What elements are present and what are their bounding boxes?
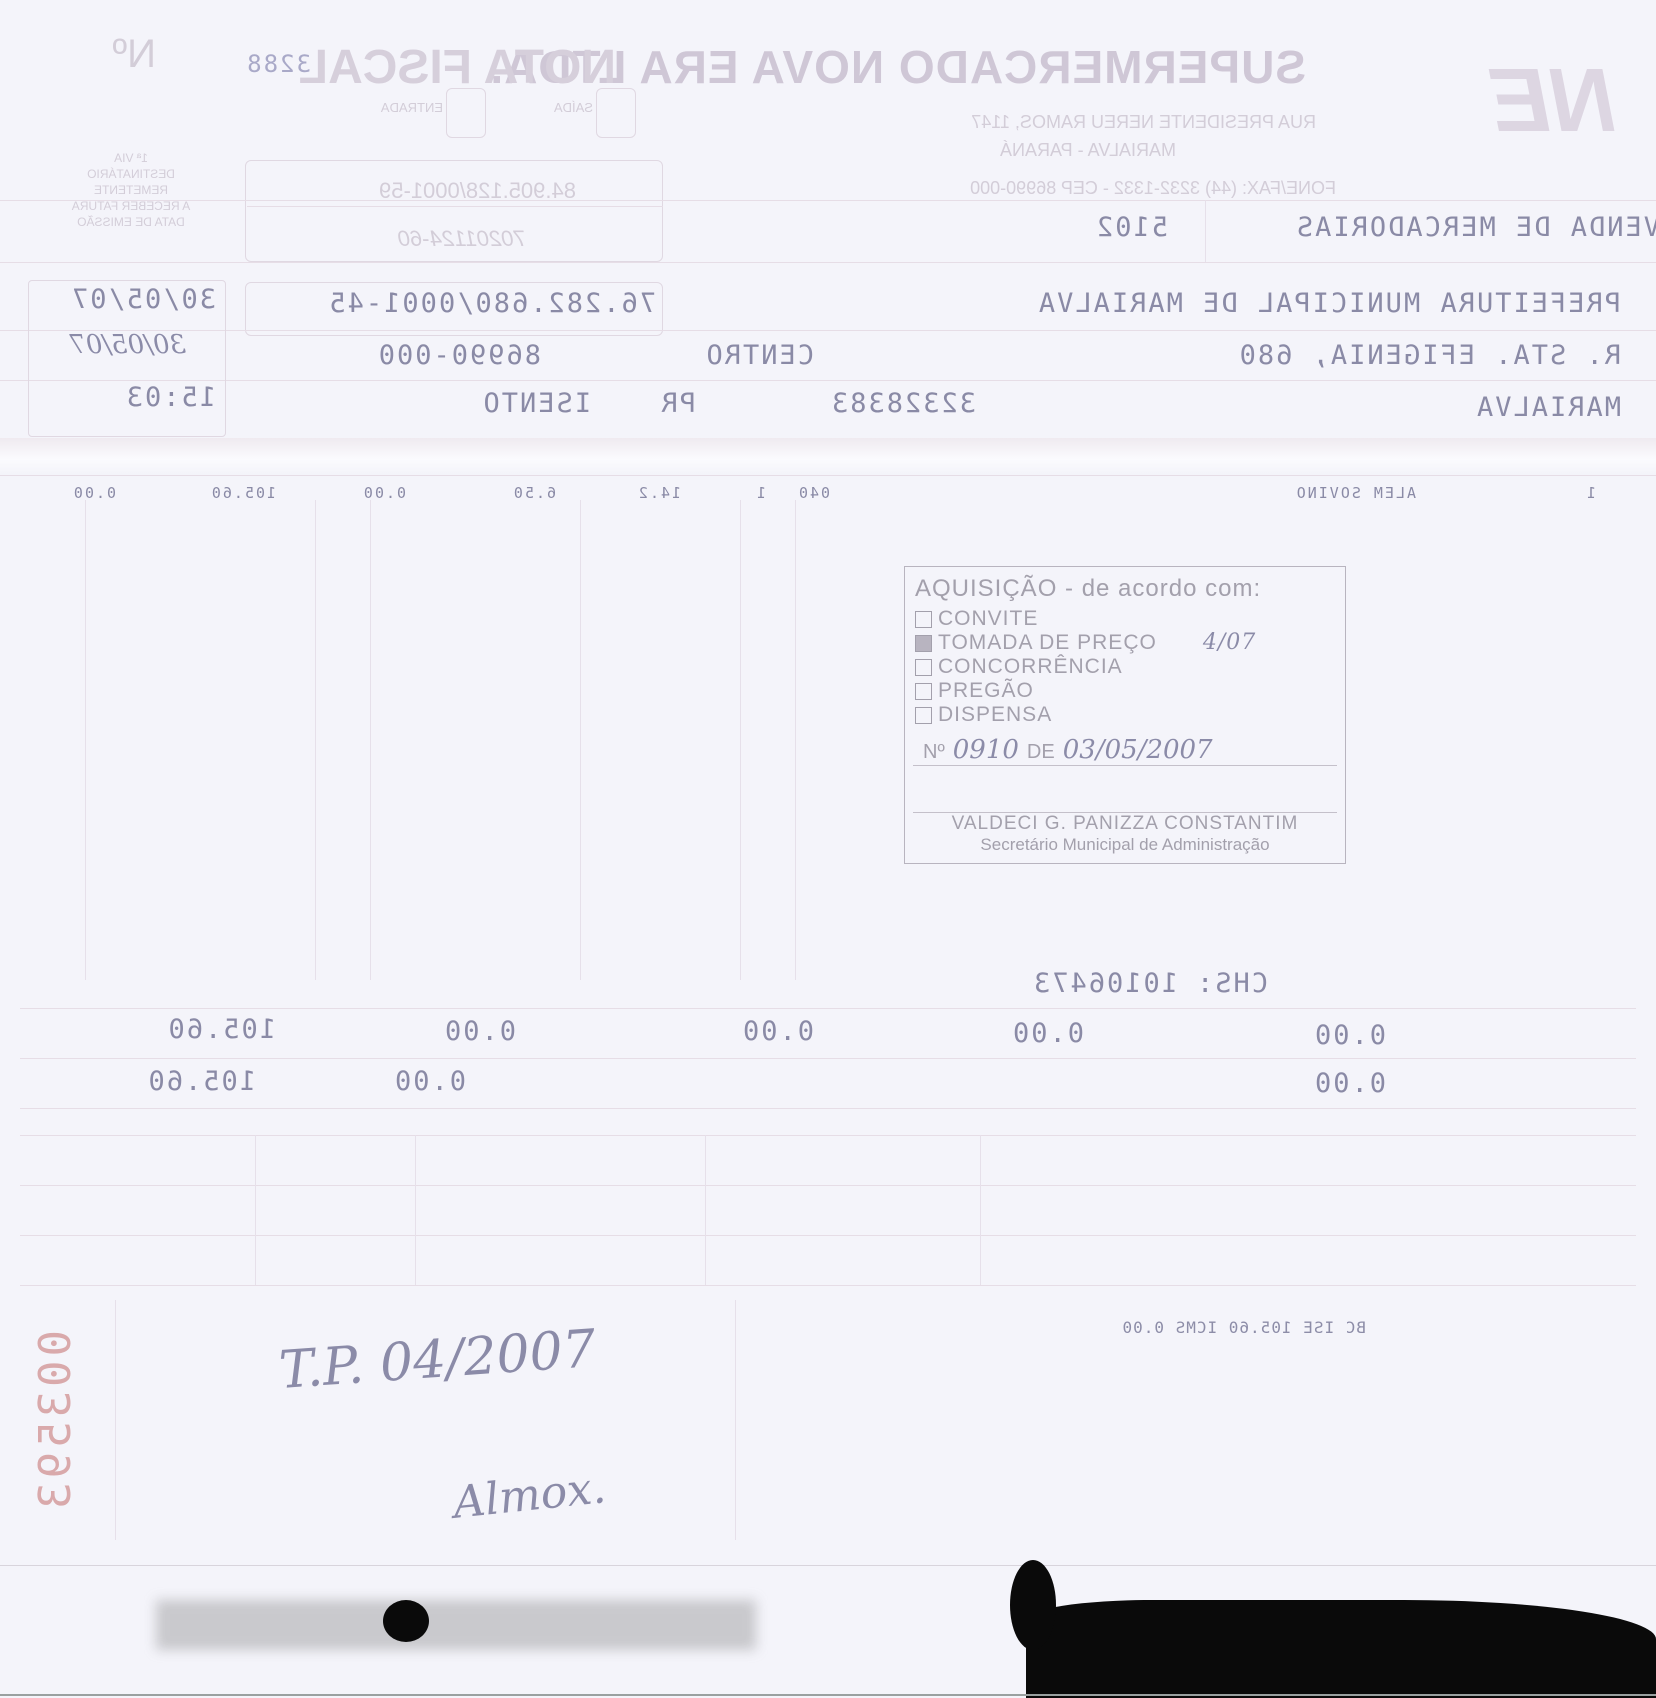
item-unit-price: 6.50 xyxy=(512,484,556,502)
ipi-total: 0.00 xyxy=(393,1066,466,1097)
company-address-2: MARIALVA - PARANÁ xyxy=(1000,140,1176,161)
left-notice: 1ª VIA DESTINATÁRIO REMETENTE A RECEBER … xyxy=(56,150,206,230)
logo: NE xyxy=(1491,50,1616,153)
icms-value: 0.00 xyxy=(1011,1018,1084,1049)
signer-title: Secretário Municipal de Administração xyxy=(913,835,1337,855)
checkbox-convite xyxy=(915,611,932,628)
stamp-date: 03/05/2007 xyxy=(1063,735,1213,765)
item-quantity: 14.2 xyxy=(637,484,681,502)
products-total: 105.60 xyxy=(166,1014,276,1045)
exit-checkbox xyxy=(446,88,486,138)
handwritten-note-almox: Almox. xyxy=(451,1462,608,1529)
scan-hole-punch xyxy=(383,1600,429,1642)
invoice-serial: 3288 xyxy=(245,50,311,78)
operation-nature: VENDA DE MERCADORIAS xyxy=(1295,212,1656,243)
entry-label: SAÍDA xyxy=(554,100,593,115)
scan-torn-edge xyxy=(1026,1600,1656,1698)
stamp-option-concorrencia: CONCORRÊNCIA xyxy=(915,655,1345,679)
recipient-district: CENTRO xyxy=(704,340,814,371)
recipient-cep: 86990-000 xyxy=(377,340,541,371)
item-code: 1 xyxy=(1585,484,1596,502)
item-total: 105.60 xyxy=(210,484,276,502)
recipient-city: MARIALVA xyxy=(1475,392,1621,423)
control-number: 003593 xyxy=(30,1330,81,1513)
stamp-number: 0910 xyxy=(953,735,1019,765)
number-label: Nº xyxy=(113,32,157,77)
stamp-heading: AQUISIÇÃO - de acordo com: xyxy=(905,567,1345,607)
additional-info: BC ISE 105.60 ICMS 0.00 xyxy=(1121,1318,1366,1337)
procurement-stamp: AQUISIÇÃO - de acordo com: CONVITE TOMAD… xyxy=(904,566,1346,864)
checkbox-pregao xyxy=(915,683,932,700)
recipient-uf: PR xyxy=(659,388,696,419)
company-ie: 70201124-60 xyxy=(398,226,526,252)
checkbox-concorrencia xyxy=(915,659,932,676)
scanned-invoice-page: SUPERMERCADO NOVA ERA LTDA. NOTA FISCAL … xyxy=(0,0,1656,1698)
freight-value: 0.00 xyxy=(1313,1068,1386,1099)
recipient-address: R. STA. EFIGENIA, 680 xyxy=(1238,340,1621,371)
checkbox-dispensa xyxy=(915,707,932,724)
icms-subst-value: 0.00 xyxy=(443,1016,516,1047)
item-description: ALEM SOVINO xyxy=(1295,484,1416,502)
handwritten-note-tp: T.P. 04/2007 xyxy=(277,1319,598,1401)
mirrored-invoice-sheet: SUPERMERCADO NOVA ERA LTDA. NOTA FISCAL … xyxy=(0,0,1656,1698)
company-phone: FONE/FAX: (44) 3232-1332 - CEP 86990-000 xyxy=(970,178,1336,199)
stamp-option-pregao: PREGÃO xyxy=(915,679,1345,703)
operation-cfop: 5102 xyxy=(1095,212,1168,243)
icms-subst-base: 0.00 xyxy=(741,1016,814,1047)
signer-name: VALDECI G. PANIZZA CONSTANTIM xyxy=(913,813,1337,835)
company-address-1: RUA PRESIDENTE NEREU RAMOS, 1147 xyxy=(971,112,1316,133)
checkbox-tomada-de-preco xyxy=(915,635,932,652)
invoice-total: 105.60 xyxy=(146,1066,256,1097)
item-icms-rate: 0.00 xyxy=(362,484,406,502)
recipient-cnpj: 76.282.680/0001-45 xyxy=(327,288,656,319)
state-registration: ISENTO xyxy=(481,388,591,419)
recipient-name: PREFEITURA MUNICIPAL DE MARIALVA xyxy=(1037,288,1621,319)
chs-value: 10106473 xyxy=(1032,968,1178,999)
stamp-option-tomada-de-preco: TOMADA DE PREÇO4/07 xyxy=(915,631,1345,655)
entry-checkbox xyxy=(596,88,636,138)
paper-fold xyxy=(0,438,1656,474)
stamp-option-convite: CONVITE xyxy=(915,607,1345,631)
item-unit: 1 xyxy=(755,484,766,502)
item-ipi: 0.00 xyxy=(72,484,116,502)
exit-label: ENTRADA xyxy=(381,100,443,115)
chs-label: CHS: xyxy=(1195,968,1268,999)
icms-base: 0.00 xyxy=(1313,1020,1386,1051)
stamp-option-dispensa: DISPENSA xyxy=(915,703,1345,727)
recipient-phone: 32328383 xyxy=(830,388,976,419)
invoice-title: NOTA FISCAL xyxy=(299,40,616,95)
item-cst: 040 xyxy=(797,484,830,502)
